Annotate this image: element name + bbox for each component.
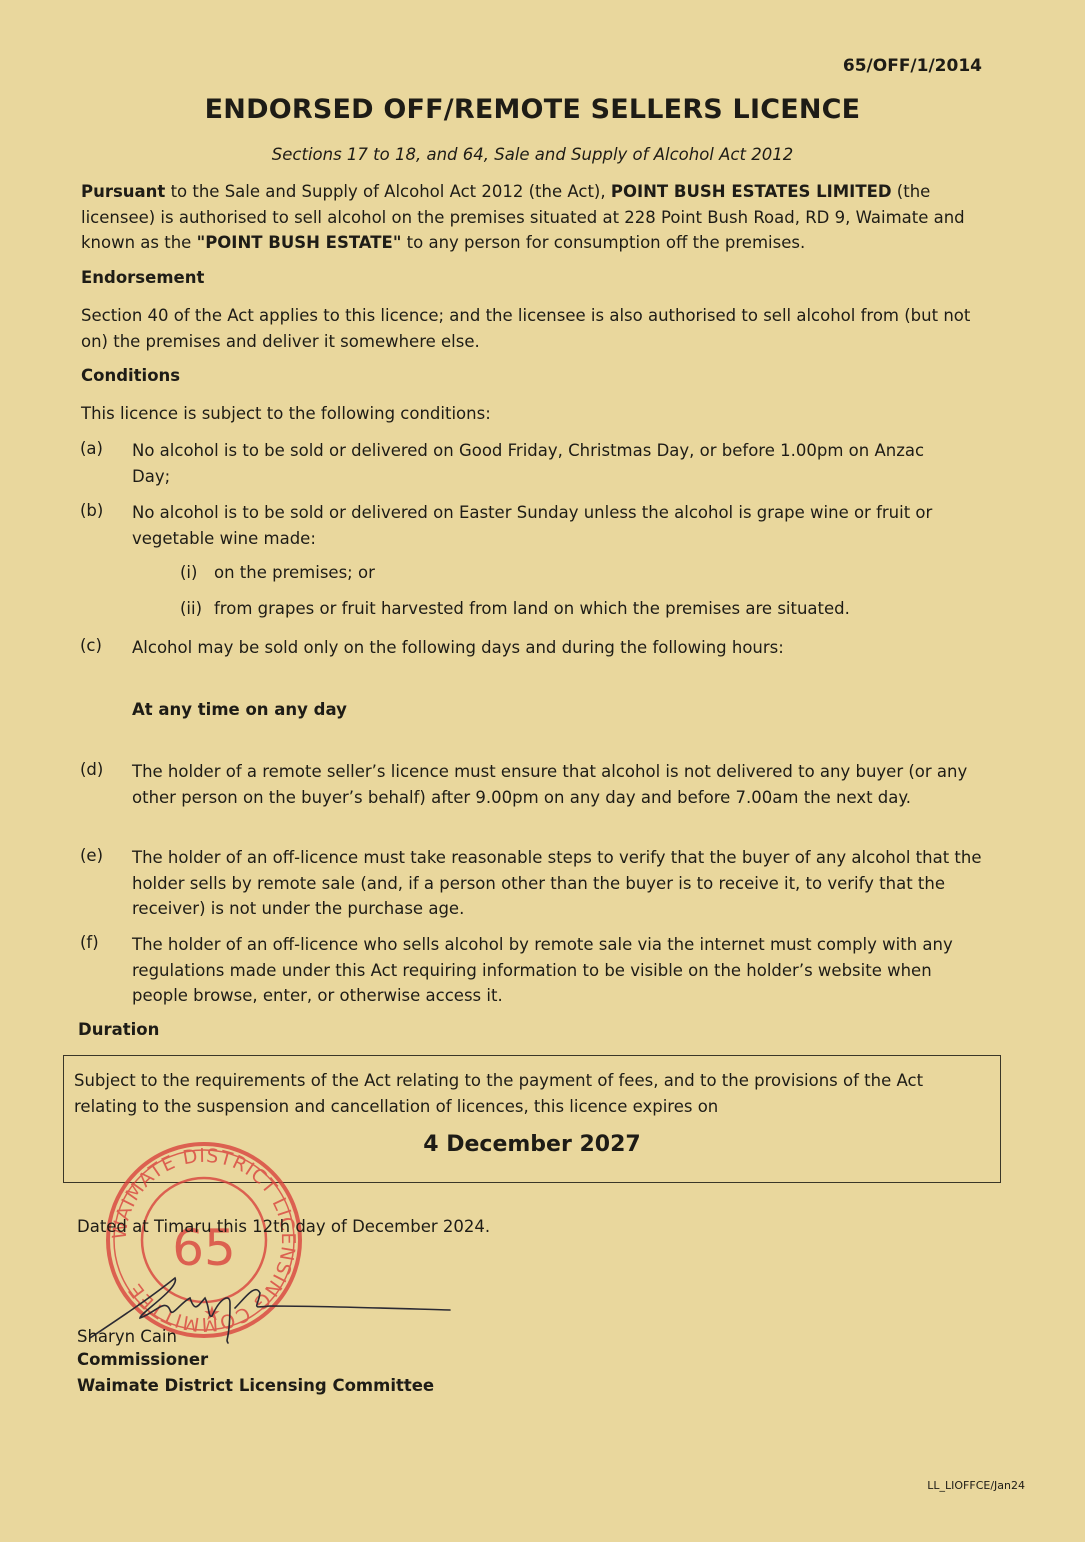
form-code: LL_LIOFFCE/Jan24	[927, 1479, 1025, 1492]
licensee-name: POINT BUSH ESTATES LIMITED	[611, 182, 892, 201]
committee-name: Waimate District Licensing Committee	[77, 1376, 434, 1395]
duration-heading: Duration	[78, 1020, 159, 1039]
sub-condition-label: (i)	[180, 563, 197, 582]
sub-condition-label: (ii)	[180, 599, 202, 618]
condition-text: No alcohol is to be sold or delivered on…	[132, 438, 942, 489]
endorsement-heading: Endorsement	[81, 268, 204, 287]
condition-text: The holder of an off-licence must take r…	[132, 845, 982, 922]
trading-hours: At any time on any day	[132, 697, 992, 723]
sub-condition-text: from grapes or fruit harvested from land…	[214, 599, 850, 618]
condition-text: No alcohol is to be sold or delivered on…	[132, 500, 992, 551]
condition-label: (f)	[80, 933, 99, 952]
reference-number: 65/OFF/1/2014	[843, 56, 982, 76]
document-title: ENDORSED OFF/REMOTE SELLERS LICENCE	[0, 94, 1065, 125]
premises-name: "POINT BUSH ESTATE"	[197, 233, 402, 252]
condition-text: The holder of an off-licence who sells a…	[132, 932, 992, 1009]
duration-text: Subject to the requirements of the Act r…	[74, 1068, 984, 1119]
intro-paragraph: Pursuant to the Sale and Supply of Alcoh…	[81, 179, 991, 256]
licence-document: 65/OFF/1/2014 ENDORSED OFF/REMOTE SELLER…	[0, 0, 1085, 1542]
sub-condition-text: on the premises; or	[214, 563, 375, 582]
dated-line: Dated at Timaru this 12th day of Decembe…	[77, 1214, 987, 1240]
condition-text: The holder of a remote seller’s licence …	[132, 759, 972, 810]
condition-label: (b)	[80, 501, 103, 520]
endorsement-text: Section 40 of the Act applies to this li…	[81, 303, 976, 354]
intro-lead: Pursuant	[81, 182, 165, 201]
signatory-role: Commissioner	[77, 1350, 208, 1369]
condition-label: (c)	[80, 636, 102, 655]
condition-label: (d)	[80, 760, 103, 779]
conditions-heading: Conditions	[81, 366, 180, 385]
condition-label: (a)	[80, 439, 103, 458]
condition-text: Alcohol may be sold only on the followin…	[132, 635, 992, 661]
conditions-intro: This licence is subject to the following…	[81, 401, 991, 427]
condition-label: (e)	[80, 846, 103, 865]
signatory-name: Sharyn Cain	[77, 1324, 987, 1350]
document-subtitle: Sections 17 to 18, and 64, Sale and Supp…	[0, 145, 1065, 164]
